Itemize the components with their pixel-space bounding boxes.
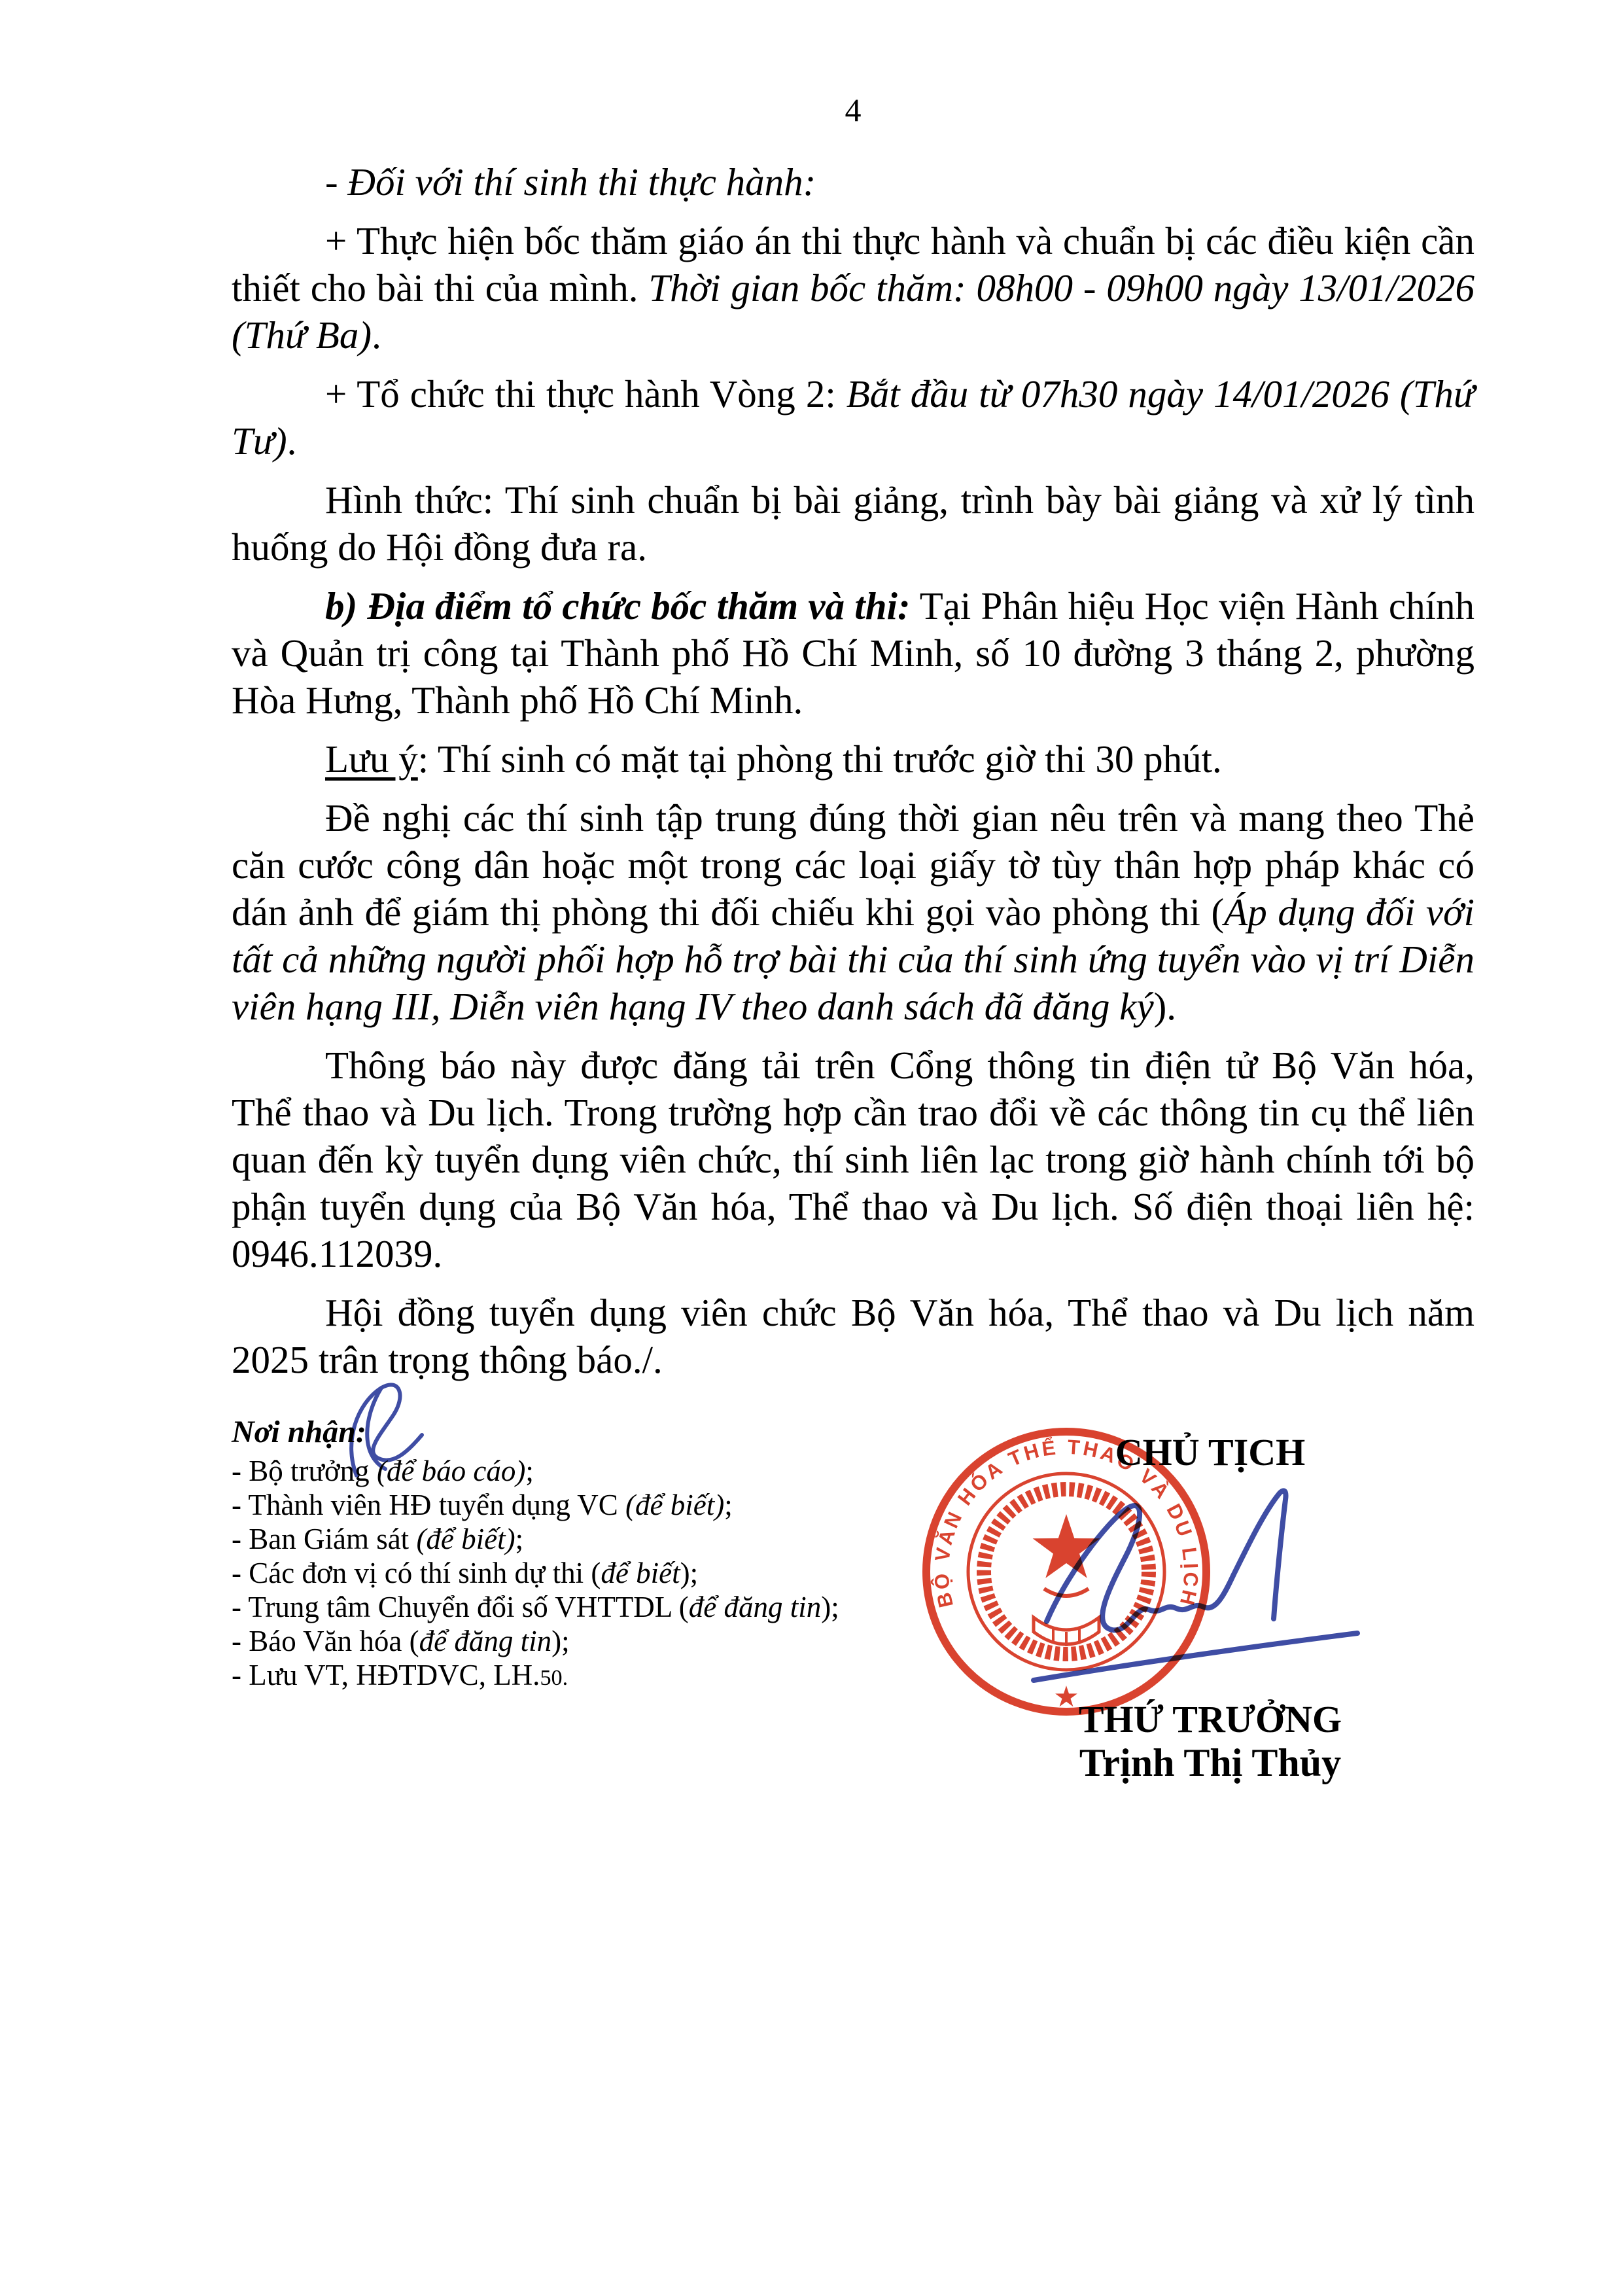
text-segment: ). [1154, 985, 1176, 1028]
text-segment: ); [680, 1557, 699, 1589]
text-segment: ; [525, 1455, 534, 1487]
paragraph: Hội đồng tuyển dụng viên chức Bộ Văn hóa… [232, 1289, 1475, 1383]
recipient-item: - Các đơn vị có thí sinh dự thi (để biết… [232, 1556, 873, 1590]
text-segment: 50. [540, 1666, 568, 1690]
paragraph: + Tổ chức thi thực hành Vòng 2: Bắt đầu … [232, 370, 1475, 465]
document-body: - Đối với thí sinh thi thực hành:+ Thực … [232, 158, 1475, 1383]
text-segment: + Tổ chức thi thực hành Vòng 2: [325, 372, 846, 415]
text-segment: Thông báo này được đăng tải trên Cổng th… [232, 1044, 1475, 1275]
text-segment: để biết [601, 1557, 680, 1589]
recipient-item: - Bộ trưởng (để báo cáo); [232, 1454, 873, 1488]
text-segment: ; [724, 1489, 733, 1521]
paragraph: + Thực hiện bốc thăm giáo án thi thực hà… [232, 217, 1475, 359]
text-segment: - Lưu VT, HĐTDVC, LH. [232, 1659, 540, 1691]
paragraph: - Đối với thí sinh thi thực hành: [232, 158, 1475, 205]
text-segment: (để biết) [416, 1523, 515, 1555]
text-segment: . [372, 313, 381, 357]
text-segment: ); [551, 1625, 570, 1657]
recipient-item: - Báo Văn hóa (để đăng tin); [232, 1624, 873, 1658]
document-page: 4 - Đối với thí sinh thi thực hành:+ Thự… [0, 0, 1623, 2296]
recipients-label: Nơi nhận: [232, 1415, 873, 1450]
text-segment: Hội đồng tuyển dụng viên chức Bộ Văn hóa… [232, 1291, 1475, 1381]
paragraph: b) Địa điểm tổ chức bốc thăm và thi: Tại… [232, 582, 1475, 724]
text-segment: Lưu ý [325, 737, 418, 781]
text-segment: : Thí sinh có mặt tại phòng thi trước gi… [418, 737, 1222, 781]
text-segment: - Ban Giám sát [232, 1523, 416, 1555]
signatory-name: Trịnh Thị Thủy [949, 1742, 1472, 1784]
text-segment: Hình thức: Thí sinh chuẩn bị bài giảng, … [232, 478, 1475, 569]
paraph-signature-icon [330, 1377, 442, 1482]
paragraph: Hình thức: Thí sinh chuẩn bị bài giảng, … [232, 476, 1475, 571]
text-segment: - Trung tâm Chuyển đổi số VHTTDL ( [232, 1591, 689, 1623]
paragraph: Đề nghị các thí sinh tập trung đúng thời… [232, 794, 1475, 1030]
page-number: 4 [232, 93, 1475, 127]
recipients-block: Nơi nhận: - Bộ trưởng (để báo cáo);- Thà… [232, 1415, 873, 1695]
text-segment: - Báo Văn hóa ( [232, 1625, 419, 1657]
text-segment: ); [821, 1591, 839, 1623]
text-segment: để đăng tin [419, 1625, 551, 1657]
recipients-list: - Bộ trưởng (để báo cáo);- Thành viên HĐ… [232, 1454, 873, 1695]
recipient-item: - Ban Giám sát (để biết); [232, 1522, 873, 1556]
text-segment: - Các đơn vị có thí sinh dự thi ( [232, 1557, 601, 1589]
text-segment: (để biết) [625, 1489, 724, 1521]
text-segment: - Thành viên HĐ tuyển dụng VC [232, 1489, 625, 1521]
paragraph: Lưu ý: Thí sinh có mặt tại phòng thi trư… [232, 735, 1475, 783]
recipient-item: - Trung tâm Chuyển đổi số VHTTDL (để đăn… [232, 1590, 873, 1624]
handwritten-signature-icon [1027, 1484, 1367, 1693]
recipient-item: - Lưu VT, HĐTDVC, LH.50. [232, 1658, 873, 1695]
text-segment: - Đối với thí sinh thi thực hành: [325, 160, 816, 203]
recipient-item: - Thành viên HĐ tuyển dụng VC (để biết); [232, 1488, 873, 1522]
text-segment: b) Địa điểm tổ chức bốc thăm và thi: [325, 584, 911, 627]
text-segment: ; [515, 1523, 524, 1555]
text-segment: để đăng tin [689, 1591, 821, 1623]
paragraph: Thông báo này được đăng tải trên Cổng th… [232, 1042, 1475, 1277]
text-segment: . [287, 419, 297, 463]
